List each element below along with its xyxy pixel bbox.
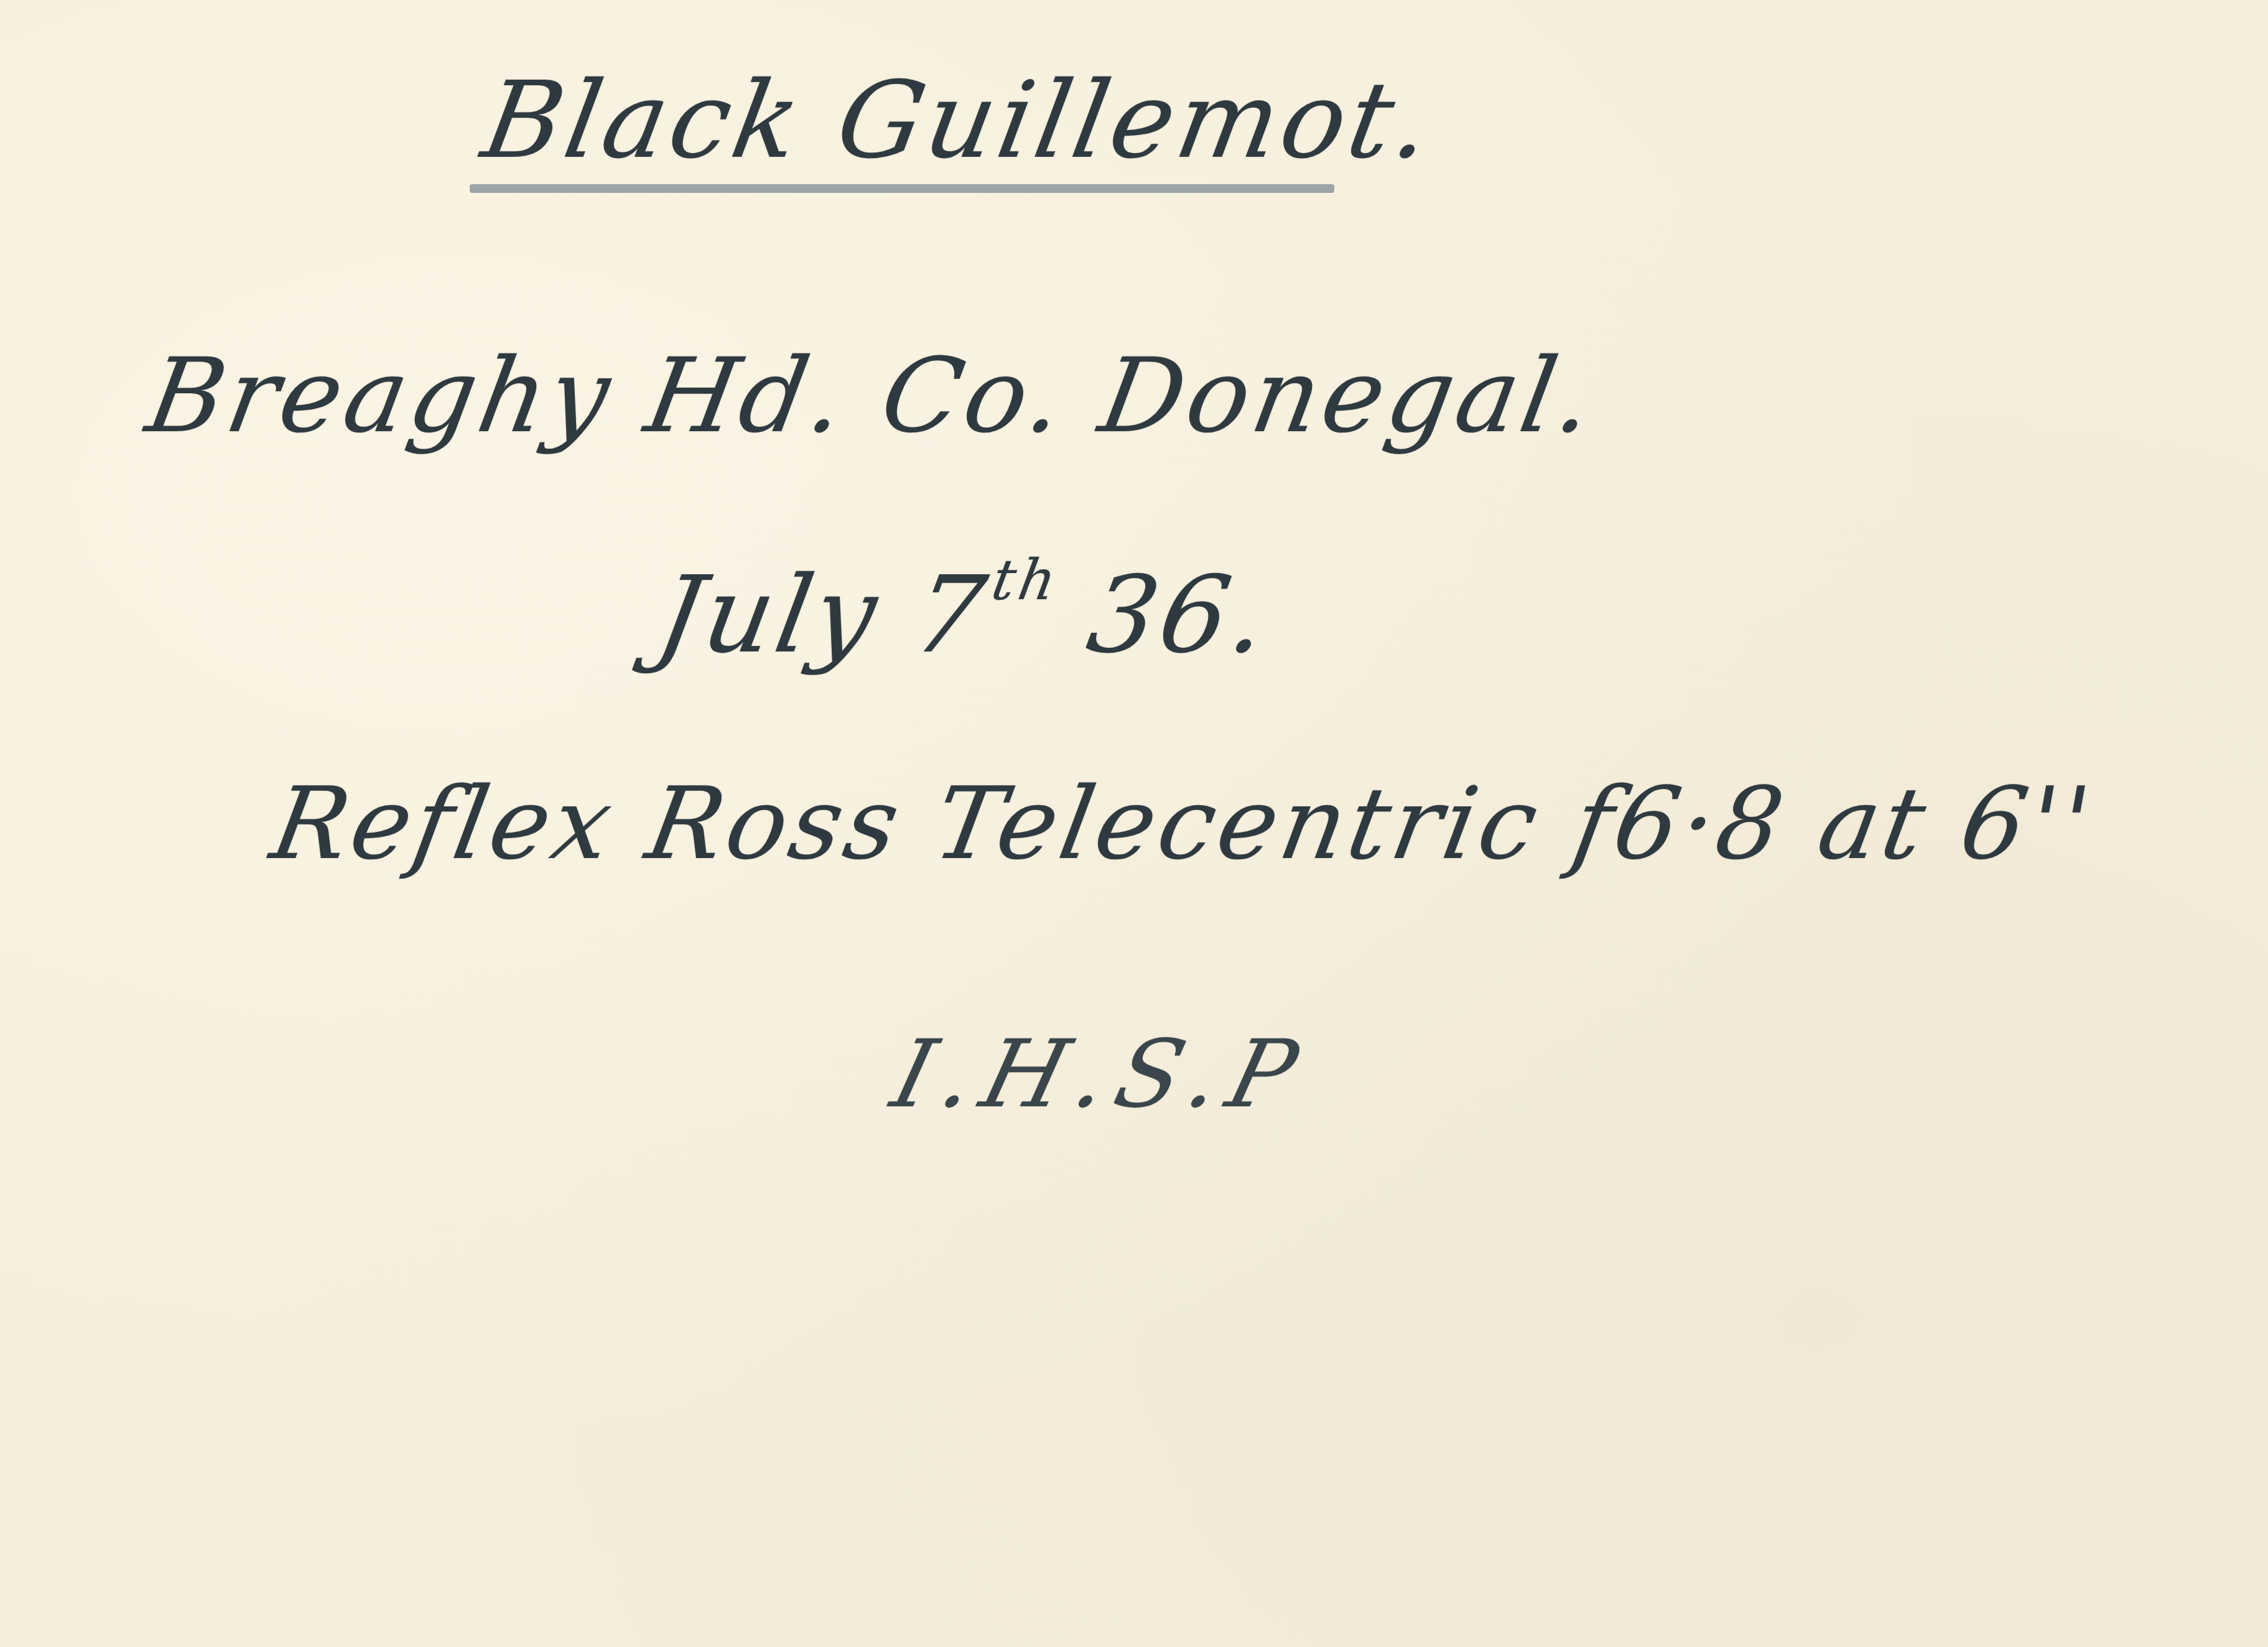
date-year: 36. (1042, 554, 1280, 677)
date-suffix: th (987, 548, 1065, 613)
location-text: Breaghy Hd. Co. Donegal. (139, 336, 1606, 455)
date-text: July 7th 36. (649, 554, 1281, 677)
camera-equipment-text: Reflex Ross Telecentric f6·8 at 6'' (264, 765, 2103, 882)
photographer-initials: I.H.S.P (882, 1020, 1318, 1129)
date-main: July 7 (649, 554, 998, 677)
index-card: Black Guillemot. Breaghy Hd. Co. Donegal… (0, 0, 2268, 1647)
title-underline (470, 184, 1334, 193)
species-title: Black Guillemot. (475, 59, 1444, 182)
